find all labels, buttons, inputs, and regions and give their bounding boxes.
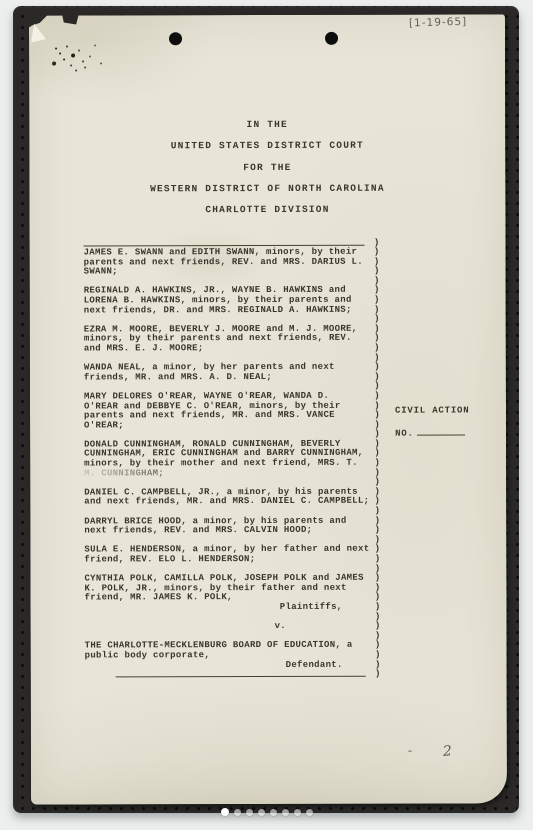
hole-punch-left (169, 32, 182, 45)
folded-corner-flap (31, 24, 46, 43)
civil-action-label: CIVIL ACTION (395, 405, 469, 415)
pencil-page-number: 2 (442, 743, 452, 760)
carousel-dot[interactable] (221, 808, 229, 816)
pencil-dash: - (408, 744, 412, 759)
case-info: CIVIL ACTION NO. (395, 405, 470, 438)
heading-line: IN THE (29, 118, 505, 141)
handwritten-date-note: [1-19-65] (409, 16, 468, 30)
heading-line: UNITED STATES DISTRICT COURT (29, 140, 505, 163)
carousel-dot[interactable] (270, 809, 277, 816)
case-caption: )JAMES E. SWANN and EDITH SWANN, minors,… (84, 239, 381, 680)
carousel-dot[interactable] (234, 809, 241, 816)
document-page: [1-19-65] IN THEUNITED STATES DISTRICT C… (29, 14, 507, 804)
carousel-dot[interactable] (246, 809, 253, 816)
ink-splatter (55, 48, 57, 50)
carousel-dot[interactable] (306, 809, 313, 816)
heading-line: CHARLOTTE DIVISION (29, 204, 505, 227)
case-number-line: NO. (395, 426, 469, 438)
carousel-dot[interactable] (258, 809, 265, 816)
caption-line: M. CUNNINGHAM;) (84, 468, 380, 478)
carousel-dot[interactable] (282, 809, 289, 816)
hole-punch-right (325, 32, 338, 45)
court-heading: IN THEUNITED STATES DISTRICT COURTFOR TH… (29, 118, 505, 226)
carousel-dot[interactable] (294, 809, 301, 816)
heading-line: WESTERN DISTRICT OF NORTH CAROLINA (29, 182, 505, 205)
torn-notch (60, 13, 79, 24)
torn-corner (27, 14, 49, 29)
case-number-blank (417, 426, 465, 435)
carousel-indicator (221, 808, 313, 816)
heading-line: FOR THE (29, 161, 505, 184)
caption-rule: ) (85, 670, 381, 680)
caption-paren: ) (371, 670, 381, 679)
no-label: NO. (395, 429, 414, 439)
